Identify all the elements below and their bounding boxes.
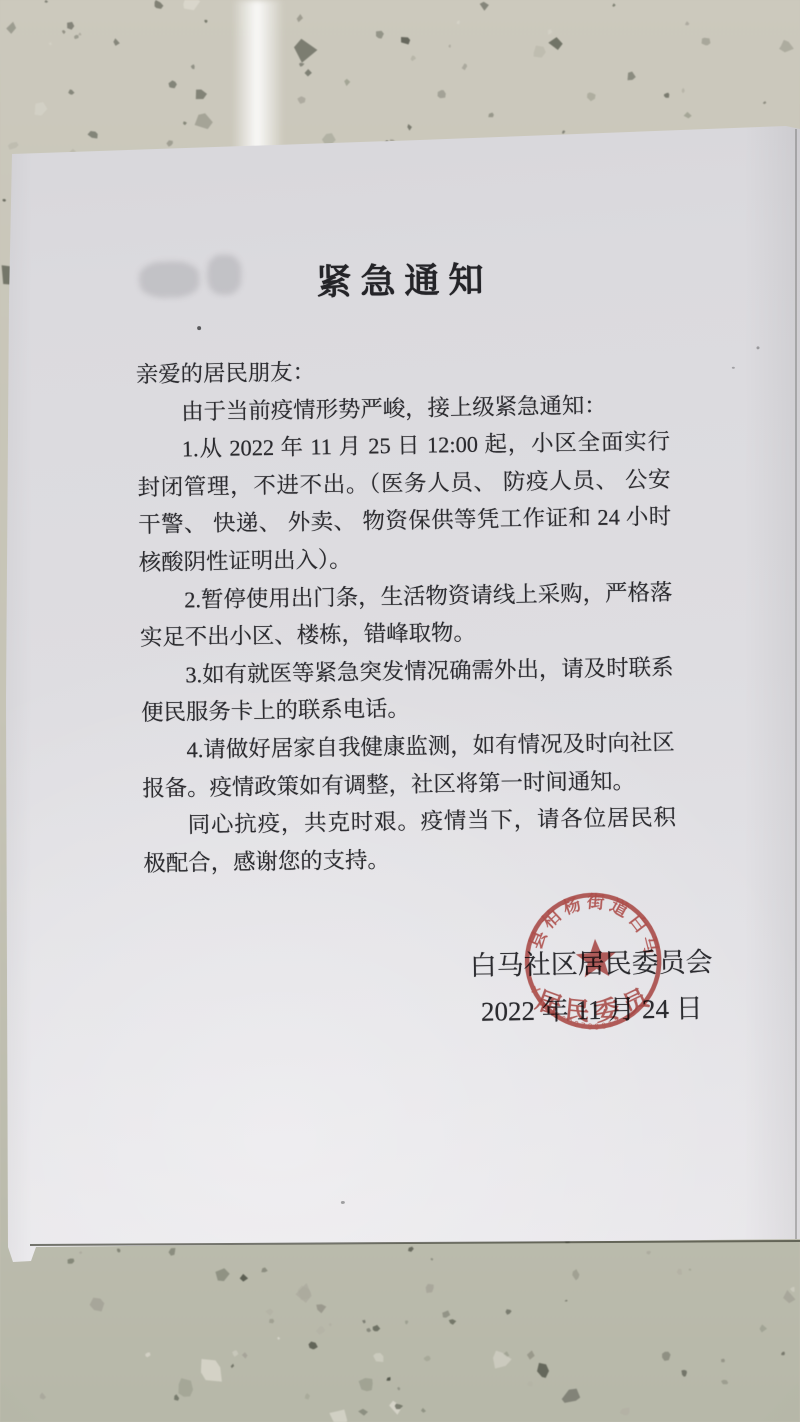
official-red-seal: 县柏杨街道白马 居民委员会 5002789812 [499, 867, 688, 1056]
dust-speck [756, 346, 759, 349]
ink-smudge [139, 261, 200, 298]
svg-text:居民委员会: 居民委员会 [499, 867, 660, 1033]
photo-of-notice: { "notice": { "title": "紧急通知", "salutati… [0, 0, 800, 1422]
notice-item-3: 3.如有就医等紧急突发情况确需外出，请及时联系便民服务卡上的联系电话。 [140, 648, 674, 732]
ink-smudge [207, 254, 242, 295]
notice-item-1: 1.从 2022 年 11 月 25 日 12:00 起，小区全面实行封闭管理，… [137, 423, 672, 582]
dust-speck [341, 1201, 345, 1204]
notice-body: 亲爱的居民朋友： 由于当前疫情形势严峻，接上级紧急通知： 1.从 2022 年 … [136, 348, 677, 883]
red-star-icon [575, 938, 617, 978]
notice-content: 紧急通知 亲爱的居民朋友： 由于当前疫情形势严峻，接上级紧急通知： 1.从 20… [0, 0, 800, 1422]
notice-item-4: 4.请做好居家自我健康监测，如有情况及时向社区报备。疫情政策如有调整，社区将第一… [141, 724, 675, 808]
notice-item-2: 2.暂停使用出门条，生活物资请线上采购，严格落实足不出小区、楼栋，错峰取物。 [139, 573, 673, 657]
dust-speck [732, 367, 735, 369]
dust-speck [197, 326, 201, 330]
seal-arc-text-bottom: 居民委员会 [499, 867, 660, 1033]
